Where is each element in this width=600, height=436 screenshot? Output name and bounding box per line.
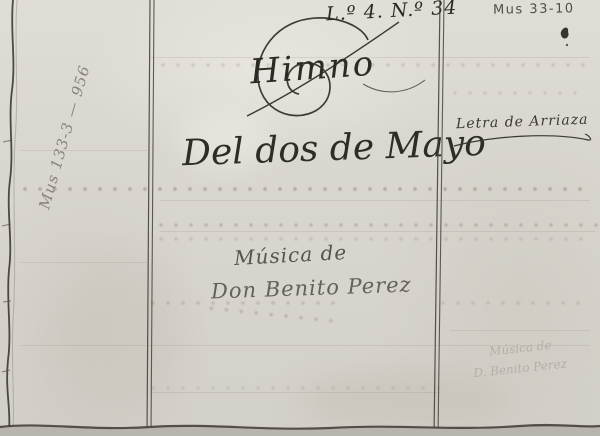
faint-attribution-pencil: Música de D. Benito Perez <box>470 329 600 383</box>
spine-fold-line <box>7 0 13 430</box>
shelfmark-pencil: Mus 33-10 <box>493 1 575 17</box>
catalog-number-ink: L.º 4. N.º 34 <box>326 0 458 25</box>
bleedthrough-notes-row <box>452 90 587 97</box>
bleedthrough-stave-line <box>160 200 590 201</box>
ink-blot-dot <box>566 44 568 46</box>
bottom-edge-shade <box>0 425 600 436</box>
spine-stitch-marks <box>2 140 12 372</box>
ink-blot <box>561 28 569 39</box>
title-himno: Himno <box>249 44 377 93</box>
bleedthrough-stave-line <box>150 392 440 393</box>
composer-note-line1: Música de <box>233 240 347 270</box>
bleedthrough-notes-row <box>440 300 590 307</box>
manuscript-page: L.º 4. N.º 34 Mus 33-10 Mus 133-3 — 956 … <box>0 0 600 436</box>
bleedthrough-notes-row <box>22 186 592 195</box>
bleedthrough-stave-line <box>20 150 148 151</box>
bleedthrough-stave-line <box>450 330 590 331</box>
spine-shadow-line <box>12 0 17 432</box>
bleedthrough-notes-row <box>150 385 440 392</box>
bleedthrough-stave-line <box>160 231 595 232</box>
bleedthrough-stave-line <box>20 262 148 263</box>
bleedthrough-notes-row <box>208 305 343 326</box>
composer-note-line2: Don Benito Perez <box>211 273 412 304</box>
bleedthrough-notes-row <box>158 222 598 230</box>
bottom-edge-line <box>0 425 600 429</box>
bleedthrough-notes-row <box>158 236 588 242</box>
spine-shelfmark-pencil: Mus 133-3 — 956 <box>29 41 100 233</box>
